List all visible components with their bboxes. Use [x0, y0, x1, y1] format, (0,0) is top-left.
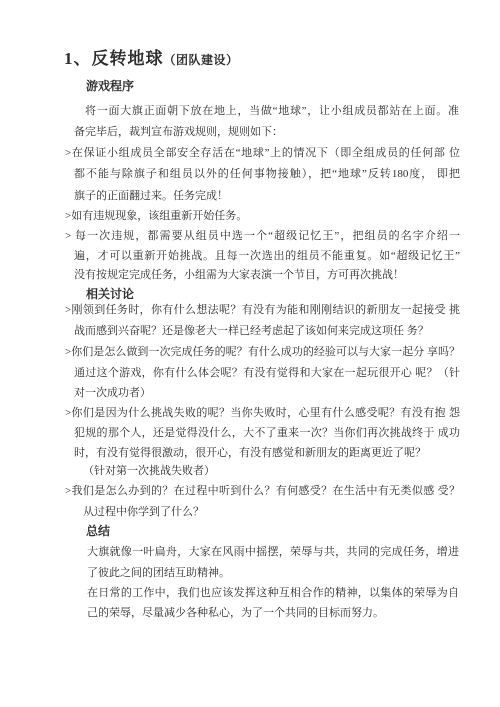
text-line: 备完毕后，裁判宣布游戏规则，规则如下：: [74, 125, 283, 139]
text-line: 从过程中你学到了什么？: [83, 505, 204, 519]
text-line: 旗子的正面翻过来。任务完成！: [74, 189, 228, 203]
text-line: 了彼此之间的团结互助精神。: [87, 566, 230, 580]
text-line: >我们是怎么办到的？在过程中听到什么？有何感受？在生活中有无类似感 受？: [65, 484, 460, 498]
text-line: >在保证小组成员全部安全存活在“地球”上的情况下（即全组成员的任何部 位: [65, 146, 460, 160]
text-line: 在日常的工作中，我们也应该发挥这种互相合作的精神，以集体的荣辱为自: [87, 586, 459, 600]
text-line: 遍，才可以重新开始挑战。且每一次选出的组员不能重复。如“超级记忆王”: [74, 249, 460, 263]
text-line: >你们是怎么做到一次完成任务的呢？有什么成功的经验可以与大家一起分 享吗？: [65, 345, 460, 359]
text-line: （针对第一次挑战失败者）: [83, 464, 215, 478]
text-line: 对一次成功者）: [74, 386, 151, 400]
text-line: 战而感到兴奋呢？还是像老大一样已经考虑起了该如何来完成这项任 务？: [74, 324, 429, 338]
page-title: 1、反转地球（团队建设）: [64, 44, 239, 69]
text-line: 都不能与除旗子和组员以外的任何事物接触），把“地球”反转180度， 即把: [74, 167, 460, 181]
text-line: > 每一次违规，都需要从组员中选一个“超级记忆王”，把组员的名字介绍一: [65, 229, 460, 243]
text-line: >刚领到任务时，你有什么想法呢？有没有为能和刚刚结识的新朋友一起接受 挑: [65, 303, 460, 317]
section-heading-discussion: 相关讨论: [86, 287, 134, 301]
section-heading-game-procedure: 游戏程序: [86, 79, 134, 93]
document-page: 1、反转地球（团队建设） 游戏程序 将一面大旗正面朝下放在地上，当做“地球”，让…: [0, 0, 500, 707]
text-line: >如有违规现象，该组重新开始任务。: [65, 209, 247, 223]
text-line: 时，有没有觉得很激动，很开心，有没有感觉和新朋友的距离更近了呢？: [74, 446, 426, 460]
text-line: 犯规的那个人，还是觉得没什么，大不了重来一次？当你们再次挑战终于 成功: [74, 426, 460, 440]
text-line: >你们是因为什么挑战失败的呢？当你失败时，心里有什么感受呢？有没有抱 怨: [65, 406, 460, 420]
text-line: 己的荣辱，尽量减少各种私心，为了一个共同的目标而努力。: [87, 606, 384, 620]
text-line: 通过这个游戏，你有什么体会呢？有没有觉得和大家在一起玩很开心 呢？（针: [74, 366, 460, 380]
section-heading-summary: 总结: [86, 524, 110, 538]
text-line: 将一面大旗正面朝下放在地上，当做“地球”，让小组成员都站在上面。准: [85, 104, 459, 118]
page-title-suffix: （团队建设）: [164, 53, 239, 67]
text-line: 大旗就像一叶扁舟，大家在风雨中摇摆，荣辱与共，共同的完成任务，增进: [87, 545, 459, 559]
page-title-main: 1、反转地球: [64, 49, 164, 68]
text-line: 没有按规定完成任务，小组需为大家表演一个节目，方可再次挑战！: [74, 268, 404, 282]
